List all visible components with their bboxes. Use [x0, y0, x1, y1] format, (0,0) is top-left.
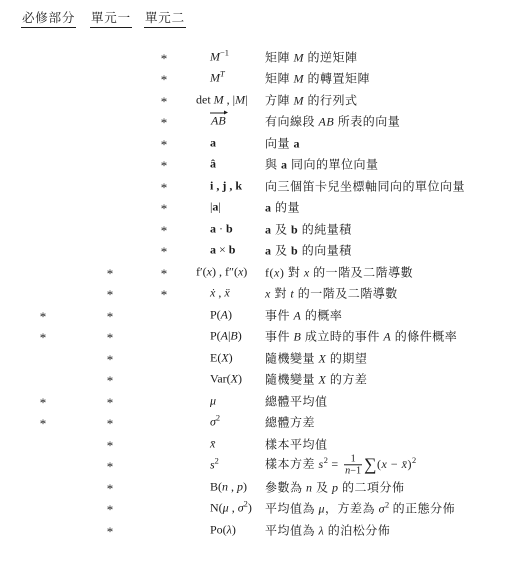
- asterisk-marker-module1: *: [107, 310, 114, 323]
- description-cell: 參數為 n 及 p 的二項分佈: [265, 478, 405, 495]
- notation-row: *x̄樣本平均值: [0, 433, 511, 455]
- description-cell: 總體方差: [265, 414, 315, 431]
- notation-row: **ẋ , ẍx 對 t 的一階及二階導數: [0, 283, 511, 305]
- asterisk-marker-module2: *: [161, 224, 168, 237]
- fraction: 1n−1: [344, 454, 362, 477]
- asterisk-marker-module1: *: [107, 353, 114, 366]
- notation-row: *MT矩陣 M 的轉置矩陣: [0, 68, 511, 90]
- description-cell: 樣本方差 s2 = 1n−1∑(x − x̄)2: [265, 454, 416, 477]
- notation-row: **P(A|B)事件 B 成立時的事件 A 的條件概率: [0, 326, 511, 348]
- description-cell: 方陣 M 的行列式: [265, 91, 358, 108]
- description-cell: 有向線段 AB 所表的向量: [265, 113, 400, 130]
- description-cell: 隨機變量 X 的方差: [265, 371, 367, 388]
- symbol-cell: f′(x) , f″(x): [196, 264, 247, 279]
- header-module2: 單元二: [144, 8, 186, 28]
- notation-row: *Var(X)隨機變量 X 的方差: [0, 369, 511, 391]
- description-cell: 總體平均值: [265, 392, 328, 409]
- asterisk-marker-module2: *: [161, 73, 168, 86]
- description-cell: a 及 b 的純量積: [265, 220, 352, 237]
- symbol-cell: AB: [210, 114, 227, 129]
- notation-row: *a · ba 及 b 的純量積: [0, 218, 511, 240]
- symbol-cell: σ2: [210, 415, 220, 430]
- symbol-cell: s2: [210, 458, 219, 473]
- asterisk-marker-module1: *: [107, 267, 114, 280]
- asterisk-marker-module1: *: [107, 331, 114, 344]
- asterisk-marker-module2: *: [161, 288, 168, 301]
- symbol-cell: E(X): [210, 350, 233, 365]
- asterisk-marker-module1: *: [107, 374, 114, 387]
- notation-row: *â與 a 同向的單位向量: [0, 154, 511, 176]
- asterisk-marker-module1: *: [107, 482, 114, 495]
- asterisk-marker-module1: *: [107, 417, 114, 430]
- notation-row: **μ總體平均值: [0, 390, 511, 412]
- symbol-cell: i , j , k: [210, 178, 242, 193]
- description-cell: 平均值為 λ 的泊松分佈: [265, 521, 390, 538]
- asterisk-marker-module2: *: [161, 116, 168, 129]
- asterisk-marker-compulsory: *: [40, 331, 47, 344]
- description-cell: f(x) 對 x 的一階及二階導數: [265, 263, 413, 280]
- notation-row: *|a|a 的量: [0, 197, 511, 219]
- symbol-cell: x̄: [210, 436, 215, 451]
- symbol-cell: a · b: [210, 221, 233, 236]
- asterisk-marker-module2: *: [161, 52, 168, 65]
- notation-row: *s2樣本方差 s2 = 1n−1∑(x − x̄)2: [0, 455, 511, 477]
- symbol-cell: N(μ , σ2): [210, 501, 252, 516]
- symbol-cell: Po(λ): [210, 522, 236, 537]
- symbol-cell: a × b: [210, 243, 235, 258]
- asterisk-marker-compulsory: *: [40, 396, 47, 409]
- notation-row: *a × ba 及 b 的向量積: [0, 240, 511, 262]
- description-cell: 事件 B 成立時的事件 A 的條件概率: [265, 328, 457, 345]
- asterisk-marker-module2: *: [161, 95, 168, 108]
- asterisk-marker-module1: *: [107, 396, 114, 409]
- notation-table-page: 必修部分 單元一 單元二 *M−1矩陣 M 的逆矩陣*MT矩陣 M 的轉置矩陣*…: [0, 0, 511, 561]
- asterisk-marker-module1: *: [107, 439, 114, 452]
- symbol-cell: â: [210, 157, 216, 172]
- symbol-cell: |a|: [210, 200, 221, 215]
- asterisk-marker-module2: *: [161, 159, 168, 172]
- symbol-cell: Var(X): [210, 372, 242, 387]
- notation-row: *AB有向線段 AB 所表的向量: [0, 111, 511, 133]
- notation-row: *Po(λ)平均值為 λ 的泊松分佈: [0, 519, 511, 541]
- asterisk-marker-module2: *: [161, 267, 168, 280]
- notation-row: **P(A)事件 A 的概率: [0, 304, 511, 326]
- description-cell: 矩陣 M 的逆矩陣: [265, 48, 358, 65]
- description-cell: 事件 A 的概率: [265, 306, 342, 323]
- notation-row: **f′(x) , f″(x)f(x) 對 x 的一階及二階導數: [0, 261, 511, 283]
- description-cell: 向量 a: [265, 134, 300, 151]
- description-cell: 樣本平均值: [265, 435, 328, 452]
- description-cell: 矩陣 M 的轉置矩陣: [265, 70, 370, 87]
- description-cell: x 對 t 的一階及二階導數: [265, 285, 398, 302]
- notation-row: *N(μ , σ2)平均值為 μ，方差為 σ2 的正態分佈: [0, 498, 511, 520]
- symbol-cell: B(n , p): [210, 479, 247, 494]
- notation-row: *E(X)隨機變量 X 的期望: [0, 347, 511, 369]
- notation-row: *det M , |M|方陣 M 的行列式: [0, 89, 511, 111]
- symbol-cell: M−1: [210, 49, 229, 64]
- description-cell: 平均值為 μ，方差為 σ2 的正態分佈: [265, 500, 455, 517]
- asterisk-marker-module2: *: [161, 138, 168, 151]
- notation-row: *a向量 a: [0, 132, 511, 154]
- symbol-cell: MT: [210, 71, 225, 86]
- notation-row: *B(n , p)參數為 n 及 p 的二項分佈: [0, 476, 511, 498]
- asterisk-marker-module1: *: [107, 503, 114, 516]
- symbol-cell: a: [210, 135, 216, 150]
- description-cell: 向三個笛卡兒坐標軸同向的單位向量: [265, 177, 465, 194]
- symbol-cell: det M , |M|: [196, 92, 247, 107]
- asterisk-marker-module1: *: [107, 288, 114, 301]
- notation-row: *M−1矩陣 M 的逆矩陣: [0, 46, 511, 68]
- asterisk-marker-module2: *: [161, 245, 168, 258]
- asterisk-marker-compulsory: *: [40, 417, 47, 430]
- symbol-cell: ẋ , ẍ: [210, 286, 230, 301]
- notation-rows: *M−1矩陣 M 的逆矩陣*MT矩陣 M 的轉置矩陣*det M , |M|方陣…: [0, 46, 511, 541]
- description-cell: a 及 b 的向量積: [265, 242, 352, 259]
- asterisk-marker-compulsory: *: [40, 310, 47, 323]
- asterisk-marker-module1: *: [107, 525, 114, 538]
- asterisk-marker-module2: *: [161, 181, 168, 194]
- description-cell: 與 a 同向的單位向量: [265, 156, 379, 173]
- notation-row: **σ2總體方差: [0, 412, 511, 434]
- description-cell: 隨機變量 X 的期望: [265, 349, 367, 366]
- header-module1: 單元一: [90, 8, 132, 28]
- asterisk-marker-module1: *: [107, 460, 114, 473]
- asterisk-marker-module2: *: [161, 202, 168, 215]
- header-compulsory-part: 必修部分: [21, 8, 76, 28]
- symbol-cell: P(A): [210, 307, 232, 322]
- symbol-cell: P(A|B): [210, 329, 242, 344]
- symbol-cell: μ: [210, 393, 216, 408]
- notation-row: *i , j , k向三個笛卡兒坐標軸同向的單位向量: [0, 175, 511, 197]
- description-cell: a 的量: [265, 199, 300, 216]
